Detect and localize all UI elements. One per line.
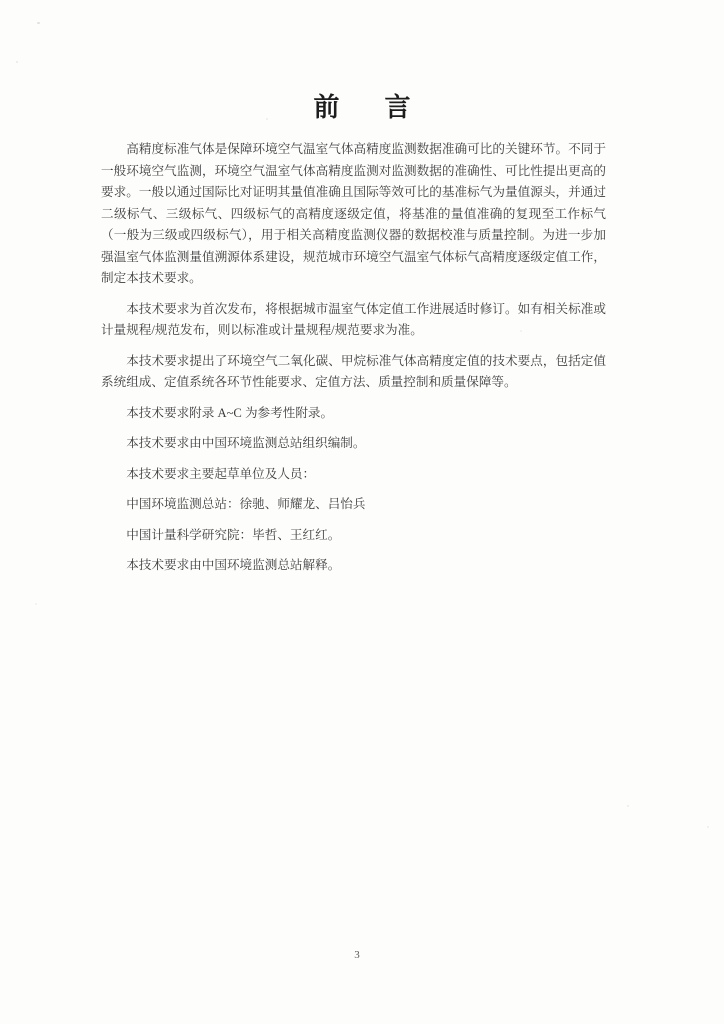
paragraph-overview: 高精度标准气体是保障环境空气温室气体高精度监测数据准确可比的关键环节。不同于一般… [101, 139, 606, 290]
line-drafter-nim: 中国计量科学研究院：毕哲、王红红。 [101, 525, 606, 547]
document-page: 前 言 高精度标准气体是保障环境空气温室气体高精度监测数据准确可比的关键环节。不… [0, 0, 724, 1024]
title-char-right: 言 [385, 93, 411, 123]
paragraph-revision: 本技术要求为首次发布，将根据城市温室气体定值工作进展适时修订。如有相关标准或计量… [101, 299, 606, 342]
scan-artifact [520, 330, 522, 332]
scan-artifact [707, 826, 709, 828]
scan-artifact [16, 61, 18, 63]
line-appendix: 本技术要求附录 A~C 为参考性附录。 [101, 403, 606, 425]
line-drafters-heading: 本技术要求主要起草单位及人员： [101, 464, 606, 486]
page-number: 3 [0, 948, 714, 962]
scan-artifact [627, 805, 629, 807]
scan-artifact [35, 603, 37, 605]
line-organizer: 本技术要求由中国环境监测总站组织编制。 [101, 433, 606, 455]
scan-artifact [37, 22, 40, 24]
line-drafter-cnemc: 中国环境监测总站：徐驰、师耀龙、吕怡兵 [101, 494, 606, 516]
scan-artifact [266, 118, 268, 120]
document-body: 高精度标准气体是保障环境空气温室气体高精度监测数据准确可比的关键环节。不同于一般… [101, 139, 606, 577]
title-char-left: 前 [313, 93, 339, 123]
paragraph-scope: 本技术要求提出了环境空气二氧化碳、甲烷标准气体高精度定值的技术要点，包括定值系统… [101, 351, 606, 394]
document-title: 前 言 [0, 93, 724, 123]
line-interpretation: 本技术要求由中国环境监测总站解释。 [101, 555, 606, 577]
